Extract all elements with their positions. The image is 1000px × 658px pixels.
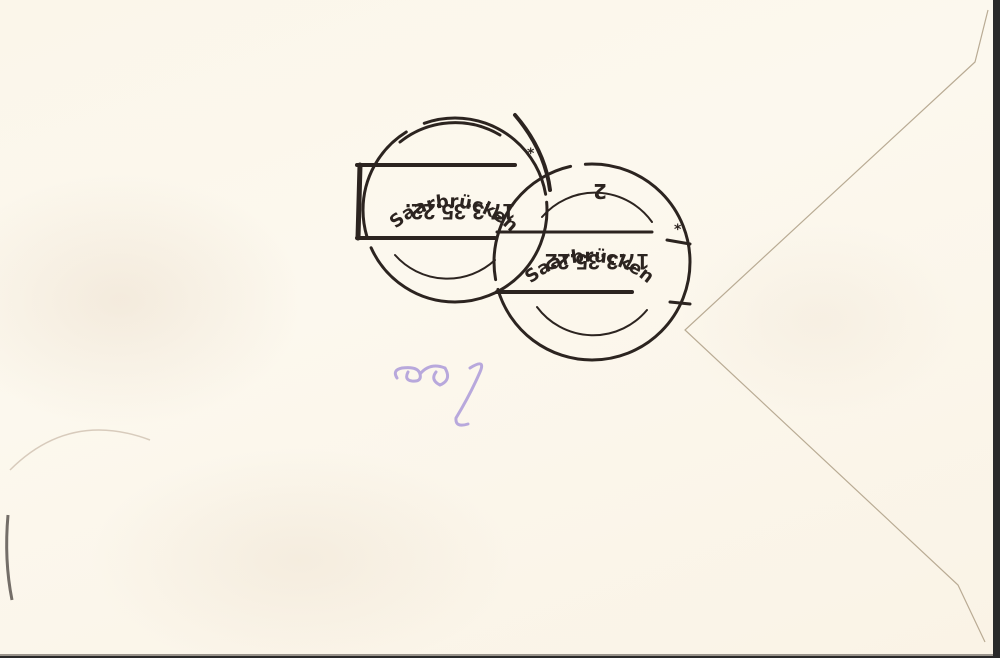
- star-icon: *: [674, 222, 682, 238]
- star-icon: *: [527, 146, 535, 162]
- postmark-2-district: 2: [593, 179, 607, 203]
- postmark-1: 17.3.35.22. Saarbrücken *: [357, 115, 550, 304]
- flap-fold-lines: [685, 10, 988, 642]
- envelope-artwork: 17.3.35.22. Saarbrücken * 17.3.35.22 2 S…: [0, 0, 1000, 658]
- postmark-2: 17.3.35.22 2 Saarbrücken *: [494, 164, 690, 360]
- faint-postmark: [7, 430, 150, 600]
- pencil-mark: [395, 364, 481, 425]
